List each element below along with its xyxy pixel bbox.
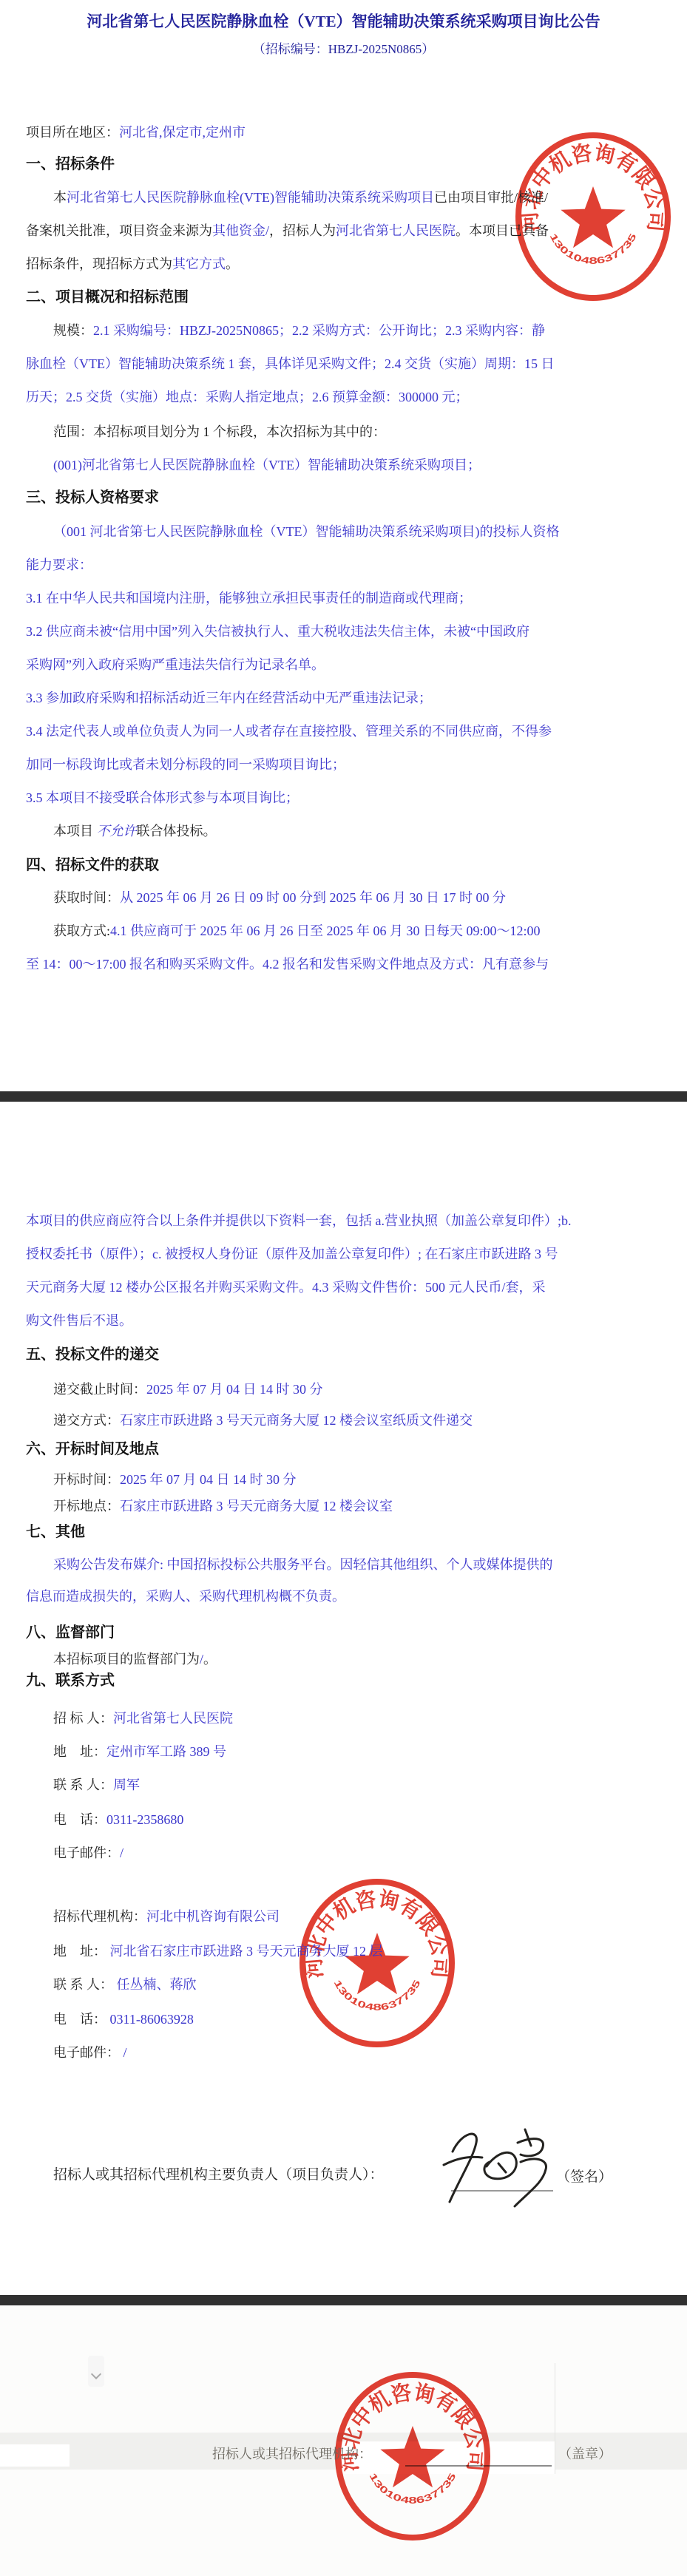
text-segment: 0311-2358680	[106, 1812, 183, 1827]
text-segment: 石家庄市跃进路 3 号天元商务大厦 12 楼会议室	[120, 1499, 393, 1514]
text-segment: 历天；2.5 交货（实施）地点：采购人指定地点；2.6 预算金额：300000 …	[26, 390, 469, 404]
text-segment: 开标时间：	[53, 1472, 120, 1487]
text-segment: 递交方式：	[53, 1413, 120, 1428]
chevron-down-icon	[91, 2369, 101, 2379]
text-segment: 2025 年 07 月 04 日 14 时 30 分	[146, 1382, 323, 1397]
text-segment: 采购网”列入政府采购严重违法失信行为记录名单。	[26, 657, 325, 672]
text-segment: 从 2025 年 06 月 26 日 09 时 00 分到 2025 年 06 …	[120, 890, 506, 905]
text-segment: 定州市军工路 389 号	[106, 1744, 226, 1759]
page-separator-bar-2	[0, 2295, 687, 2305]
text-line: 一、招标条件	[26, 155, 115, 174]
text-segment: （001 河北省第七人民医院静脉血栓（VTE）智能辅助决策系统采购项目)的投标人…	[53, 524, 559, 539]
text-line: 获取时间：从 2025 年 06 月 26 日 09 时 00 分到 2025 …	[53, 889, 506, 906]
text-segment: 4.1 供应商可于 2025 年 06 月 26 日至 2025 年 06 月 …	[110, 923, 541, 938]
text-segment: 联 系 人：	[53, 1977, 117, 1992]
text-segment: 本	[53, 190, 67, 205]
text-segment: 获取方式:	[53, 923, 110, 938]
text-segment: 本项目	[53, 824, 97, 838]
text-segment: 三、投标人资格要求	[26, 489, 159, 506]
text-segment: 3.2 供应商未被“信用中国”列入失信被执行人、重大税收违法失信主体，未被“中国…	[26, 624, 529, 639]
text-segment: （盖章）	[558, 2447, 612, 2461]
text-line: （招标编号：HBZJ-2025N0865）	[0, 41, 687, 57]
text-line: 地 址： 河北省石家庄市跃进路 3 号天元商务大厦 12 层	[53, 1943, 383, 1960]
text-segment: 3.4 法定代表人或单位负责人为同一人或者存在直接控股、管理关系的不同供应商，不…	[26, 724, 552, 739]
text-segment: 加同一标段询比或者未划分标段的同一采购项目询比；	[26, 757, 345, 772]
page-edge-line	[555, 2363, 555, 2474]
page-separator-bar-1	[0, 1091, 687, 1102]
text-line: 联 系 人：周军	[53, 1777, 140, 1794]
text-segment: 电 话：	[53, 2012, 110, 2027]
text-segment: 不允许	[97, 824, 137, 838]
text-line: 至 14：00～17:00 报名和购买采购文件。4.2 报名和发售采购文件地点及…	[26, 956, 549, 973]
text-segment: 地 址：	[53, 1944, 110, 1959]
text-line: (001)河北省第七人民医院静脉血栓（VTE）智能辅助决策系统采购项目；	[53, 457, 481, 474]
text-line: 开标时间：2025 年 07 月 04 日 14 时 30 分	[53, 1471, 297, 1488]
text-segment: 联合体投标。	[137, 824, 217, 838]
text-segment: 河北省,保定市,定州市	[119, 125, 246, 140]
document-canvas: 河北中机咨询有限公司 1301048637735 河北中机咨询有限公司 1301…	[0, 0, 687, 2576]
text-line: 联 系 人： 任丛楠、蒋欣	[53, 1976, 197, 1993]
text-segment: 其它方式	[172, 257, 226, 271]
text-line: 递交截止时间：2025 年 07 月 04 日 14 时 30 分	[53, 1381, 323, 1398]
text-segment: 招标条件，现招标方式为	[26, 257, 172, 271]
text-segment: 已由项目审批/核准/	[434, 190, 548, 205]
text-line: 采购网”列入政府采购严重违法失信行为记录名单。	[26, 657, 325, 674]
company-seal-stamp: 河北中机咨询有限公司 1301048637735	[515, 131, 671, 302]
text-line: 3.5 本项目不接受联合体形式参与本项目询比；	[26, 790, 299, 807]
text-line: 3.3 参加政府采购和招标活动近三年内在经营活动中无严重违法记录；	[26, 690, 432, 707]
text-line: 规模：2.1 采购编号：HBZJ-2025N0865；2.2 采购方式：公开询比…	[53, 322, 545, 339]
company-seal-stamp: 河北中机咨询有限公司 1301048637735	[299, 1877, 456, 2049]
text-segment: 3.5 本项目不接受联合体形式参与本项目询比；	[26, 790, 299, 805]
text-line: 八、监督部门	[26, 1624, 115, 1642]
text-segment: 购文件售后不退。	[26, 1313, 132, 1328]
text-line: 地 址：定州市军工路 389 号	[53, 1743, 226, 1760]
text-segment: 九、联系方式	[26, 1672, 115, 1689]
text-segment: （签名）	[556, 2169, 612, 2185]
text-segment: 能力要求：	[26, 557, 92, 572]
text-line: 六、开标时间及地点	[26, 1440, 159, 1459]
text-segment: 招标代理机构：	[53, 1909, 146, 1924]
text-segment: 0311-86063928	[110, 2012, 194, 2027]
text-segment: 任丛楠、蒋欣	[117, 1977, 197, 1992]
collapse-button[interactable]	[88, 2356, 104, 2387]
text-segment: 天元商务大厦 12 楼办公区报名并购买采购文件。4.3 采购文件售价：500 元…	[26, 1280, 546, 1295]
text-segment: 河北省第七人民医院静脉血栓(VTE)智能辅助决策系统采购项目	[67, 190, 434, 205]
text-segment: 。	[203, 1652, 217, 1667]
text-segment: 联 系 人：	[53, 1777, 113, 1792]
text-segment: 规模：	[53, 323, 93, 338]
text-line: 历天；2.5 交货（实施）地点：采购人指定地点；2.6 预算金额：300000 …	[26, 389, 469, 406]
text-segment: 电子邮件：	[53, 1845, 120, 1860]
text-segment: 地 址：	[53, 1744, 106, 1759]
text-line: 三、投标人资格要求	[26, 489, 159, 507]
text-segment: 至 14：00～17:00 报名和购买采购文件。4.2 报名和发售采购文件地点及…	[26, 957, 549, 972]
star-icon	[345, 1933, 409, 1994]
text-line: 加同一标段询比或者未划分标段的同一采购项目询比；	[26, 756, 345, 773]
text-segment: 五、投标文件的递交	[26, 1346, 159, 1363]
text-line: 项目所在地区：河北省,保定市,定州市	[26, 124, 246, 141]
text-line: 3.2 供应商未被“信用中国”列入失信被执行人、重大税收违法失信主体，未被“中国…	[26, 623, 529, 640]
text-line: 电 话：0311-2358680	[53, 1811, 183, 1828]
text-segment: 信息而造成损失的，采购人、采购代理机构概不负责。	[26, 1589, 345, 1604]
text-segment: 采购公告发布媒介: 中国招标投标公共服务平台。因轻信其他组织、个人或媒体提供的	[53, 1557, 553, 1572]
text-segment: 河北省石家庄市跃进路 3 号天元商务大厦 12 层	[110, 1944, 383, 1959]
text-segment: ，招标人为	[269, 223, 336, 238]
text-line: 开标地点：石家庄市跃进路 3 号天元商务大厦 12 楼会议室	[53, 1498, 393, 1515]
text-segment: 招标人或其招标代理机构：	[212, 2447, 372, 2461]
text-segment: 七、其他	[26, 1524, 85, 1540]
text-segment: (001)河北省第七人民医院静脉血栓（VTE）智能辅助决策系统采购项目；	[53, 458, 481, 472]
text-line: 授权委托书（原件）；c. 被授权人身份证（原件及加盖公章复印件）; 在石家庄市跃…	[26, 1246, 558, 1263]
text-segment: 四、招标文件的获取	[26, 857, 159, 873]
text-segment: 一、招标条件	[26, 156, 115, 172]
text-line: 本河北省第七人民医院静脉血栓(VTE)智能辅助决策系统采购项目已由项目审批/核准…	[53, 189, 548, 206]
text-line: 本项目的供应商应符合以上条件并提供以下资料一套，包括 a.营业执照（加盖公章复印…	[26, 1213, 572, 1230]
svg-text:1301048637735: 1301048637735	[368, 2471, 458, 2506]
text-line: 脉血栓（VTE）智能辅助决策系统 1 套，具体详见采购文件；2.4 交货（实施）…	[26, 356, 555, 373]
text-segment: 其他资金/	[212, 223, 269, 238]
text-segment: 招 标 人：	[53, 1711, 113, 1726]
text-segment: 2.1 采购编号：HBZJ-2025N0865；2.2 采购方式：公开询比；2.…	[93, 323, 545, 338]
text-line: 电子邮件： /	[53, 2044, 127, 2061]
text-segment: 本项目的供应商应符合以上条件并提供以下资料一套，包括 a.营业执照（加盖公章复印…	[26, 1213, 572, 1228]
text-line: 购文件售后不退。	[26, 1312, 132, 1329]
text-segment: 3.1 在中华人民共和国境内注册，能够独立承担民事责任的制造商或代理商；	[26, 591, 472, 606]
text-segment: 河北省第七人民医院	[336, 223, 456, 238]
text-segment: 电子邮件：	[53, 2045, 123, 2060]
text-segment: 河北省第七人民医院静脉血栓（VTE）智能辅助决策系统采购项目询比公告	[87, 13, 600, 30]
svg-text:1301048637735: 1301048637735	[332, 1978, 423, 2013]
text-segment: 获取时间：	[53, 890, 120, 905]
text-segment: /	[120, 1845, 123, 1860]
text-segment: 范围：本招标项目划分为 1 个标段，本次招标为其中的：	[53, 424, 386, 439]
text-line: 3.1 在中华人民共和国境内注册，能够独立承担民事责任的制造商或代理商；	[26, 590, 472, 607]
text-line: 信息而造成损失的，采购人、采购代理机构概不负责。	[26, 1588, 345, 1605]
text-line: 电子邮件：/	[53, 1845, 123, 1862]
text-segment: 递交截止时间：	[53, 1382, 146, 1397]
text-line: 招标人或其招标代理机构主要负责人（项目负责人）：	[53, 2166, 384, 2184]
text-line: 本招标项目的监督部门为/。	[53, 1651, 217, 1668]
star-icon	[380, 2426, 444, 2487]
text-segment: 授权委托书（原件）；c. 被授权人身份证（原件及加盖公章复印件）; 在石家庄市跃…	[26, 1247, 558, 1261]
text-segment: 河北中机咨询有限公司	[146, 1909, 280, 1924]
text-line: 招 标 人：河北省第七人民医院	[53, 1710, 233, 1727]
text-line: 获取方式:4.1 供应商可于 2025 年 06 月 26 日至 2025 年 …	[53, 923, 541, 940]
text-segment: 项目所在地区：	[26, 125, 119, 140]
text-segment: 二、项目概况和招标范围	[26, 289, 189, 305]
text-segment: 八、监督部门	[26, 1624, 115, 1641]
text-segment: /	[123, 2045, 127, 2060]
text-segment: 六、开标时间及地点	[26, 1441, 159, 1457]
text-line: 招标人或其招标代理机构：	[212, 2446, 372, 2463]
text-line: 河北省第七人民医院静脉血栓（VTE）智能辅助决策系统采购项目询比公告	[0, 12, 687, 31]
text-segment: 。	[226, 257, 239, 271]
text-line: 四、招标文件的获取	[26, 856, 159, 875]
text-line: 备案机关批准，项目资金来源为其他资金/，招标人为河北省第七人民医院。本项目已具备	[26, 223, 549, 240]
text-segment: 周军	[113, 1777, 140, 1792]
text-line: 范围：本招标项目划分为 1 个标段，本次招标为其中的：	[53, 424, 386, 441]
text-segment: 石家庄市跃进路 3 号天元商务大厦 12 楼会议室纸质文件递交	[120, 1413, 473, 1428]
text-line: 本项目 不允许联合体投标。	[53, 823, 217, 840]
text-line: 五、投标文件的递交	[26, 1346, 159, 1364]
text-line: 招标代理机构：河北中机咨询有限公司	[53, 1908, 280, 1925]
star-icon	[561, 186, 625, 248]
text-segment: 2025 年 07 月 04 日 14 时 30 分	[120, 1472, 297, 1487]
text-line: 招标条件，现招标方式为其它方式。	[26, 256, 239, 273]
text-segment: 本招标项目的监督部门为	[53, 1652, 200, 1667]
text-line: 天元商务大厦 12 楼办公区报名并购买采购文件。4.3 采购文件售价：500 元…	[26, 1279, 546, 1296]
text-segment: 电 话：	[53, 1812, 106, 1827]
band-white-patch-left	[0, 2444, 70, 2467]
text-line: 二、项目概况和招标范围	[26, 288, 189, 307]
text-line: 电 话： 0311-86063928	[53, 2011, 194, 2028]
text-line: 九、联系方式	[26, 1672, 115, 1690]
text-line: （签名）	[556, 2169, 612, 2186]
svg-text:1301048637735: 1301048637735	[548, 231, 639, 266]
text-segment: 备案机关批准，项目资金来源为	[26, 223, 212, 238]
text-segment: （招标编号：HBZJ-2025N0865）	[253, 42, 435, 56]
text-line: 3.4 法定代表人或单位负责人为同一人或者存在直接控股、管理关系的不同供应商，不…	[26, 723, 552, 740]
text-line: 能力要求：	[26, 557, 92, 574]
text-segment: 3.3 参加政府采购和招标活动近三年内在经营活动中无严重违法记录；	[26, 691, 432, 705]
text-line: 七、其他	[26, 1523, 85, 1542]
text-line: 采购公告发布媒介: 中国招标投标公共服务平台。因轻信其他组织、个人或媒体提供的	[53, 1556, 553, 1573]
text-segment: 开标地点：	[53, 1499, 120, 1514]
text-segment: 招标人或其招标代理机构主要负责人（项目负责人）：	[53, 2167, 384, 2183]
text-segment: 。本项目已具备	[456, 223, 549, 238]
text-segment: 脉血栓（VTE）智能辅助决策系统 1 套，具体详见采购文件；2.4 交货（实施）…	[26, 356, 555, 371]
text-segment: 河北省第七人民医院	[113, 1711, 233, 1726]
text-line: （001 河北省第七人民医院静脉血栓（VTE）智能辅助决策系统采购项目)的投标人…	[53, 523, 559, 540]
text-line: 递交方式：石家庄市跃进路 3 号天元商务大厦 12 楼会议室纸质文件递交	[53, 1412, 473, 1429]
text-line: （盖章）	[558, 2446, 612, 2463]
handwritten-signature	[438, 2121, 567, 2209]
